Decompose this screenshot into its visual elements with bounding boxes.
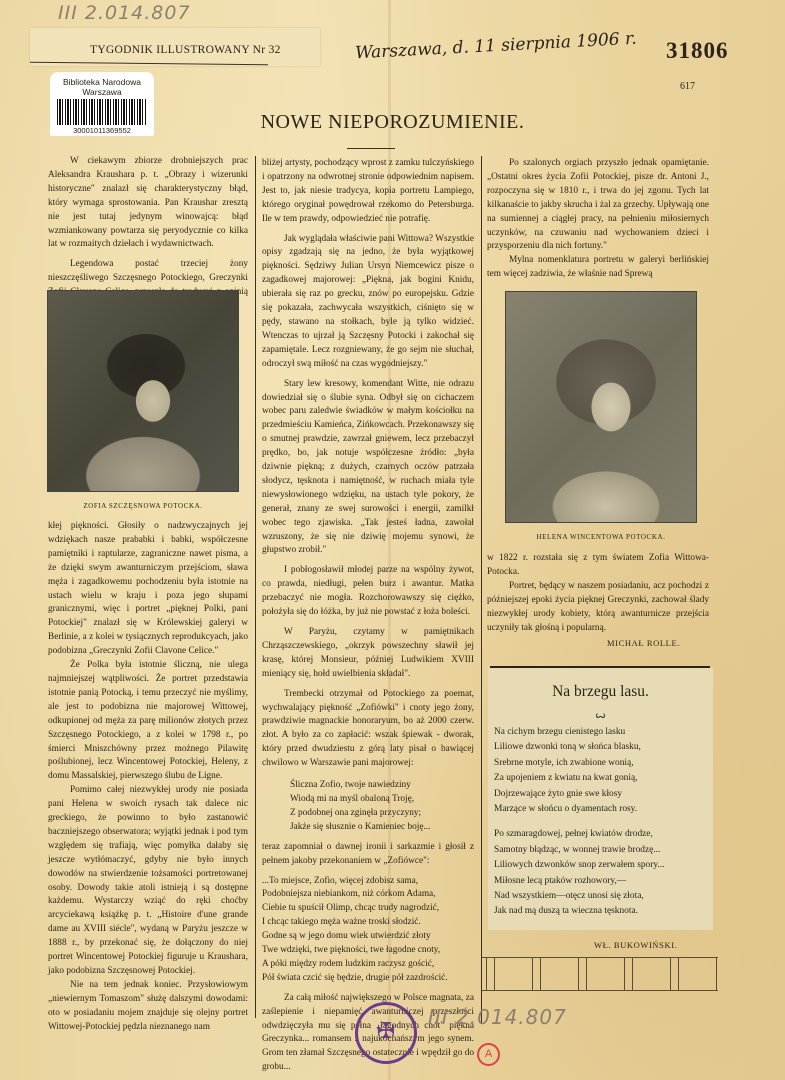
stanza-2: Po szmaragdowej, pełnej kwiatów drodze, … — [494, 827, 664, 919]
poem-line: Jak nad mą duszą ta wieczna tęsknota. — [494, 904, 664, 919]
ornament-icon: ꙍ — [488, 710, 713, 721]
article-author: MICHAŁ ROLLE. — [607, 638, 680, 648]
paragraph: bliżej artysty, pochodzący wprost z zamk… — [262, 157, 474, 227]
poem-author: WŁ. BUKOWIŃSKI. — [594, 940, 677, 950]
column-1-bottom: kłej piękności. Głosiły o nadzwyczajnych… — [48, 520, 248, 1035]
poem-line: Za upojeniem z kwiatu na kwat gonią, — [494, 771, 664, 786]
poem-line: Dojrzewające żyto gnie swe kłosy — [494, 787, 664, 802]
archive-number: 31806 — [666, 38, 729, 64]
paragraph: Stary lew kresowy, komendant Witte, nie … — [262, 378, 474, 559]
paragraph: Trembecki otrzymał od Potockiego za poem… — [262, 688, 474, 771]
paragraph: Jak wyglądała właściwie pani Wittowa? Ws… — [262, 233, 474, 372]
column-3-top: Po szalonych orgiach przyszło jednak opa… — [487, 157, 709, 282]
eagle-icon: ✠ — [358, 1005, 414, 1057]
verse-line: Pół świata czcić się będzie, drugie pół … — [262, 972, 474, 986]
column-3-bottom: w 1822 r. rozstała się z tym światem Zof… — [487, 552, 709, 635]
library-name: Biblioteka Narodowa — [63, 77, 141, 87]
article-title: NOWE NIEPOROZUMIENIE. — [0, 111, 785, 134]
paragraph: Że Polka była istotnie śliczną, nie uleg… — [48, 659, 248, 784]
paragraph: w 1822 r. rozstała się z tym światem Zof… — [487, 552, 709, 580]
poem-line: Samotny błądząc, w wonnej trawie brodzę.… — [494, 843, 664, 858]
poem-line: Liliowych dzwonków snop zerwałem spory..… — [494, 858, 664, 873]
poem-line: Miłosne lecą ptaków rozhowory,— — [494, 874, 664, 889]
poem-line: Na cichym brzegu cienistego lasku — [494, 725, 664, 740]
paragraph: Pomimo całej niezwykłej urody nie posiad… — [48, 784, 248, 979]
top-handwritten-ref: III 2.014.807 — [58, 2, 191, 24]
poem-line: Liliowe dzwonki toną w słońca blasku, — [494, 740, 664, 755]
verse-line: I chcąc takiego męża ważne troski słodzi… — [262, 916, 474, 930]
verse-line: ...To miejsce, Zofio, więcej zdobisz sam… — [262, 875, 474, 889]
paragraph: W Paryżu, czytamy w pamiętnikach Chrząsz… — [262, 626, 474, 682]
portrait-zofia-potocka — [47, 290, 239, 492]
poem-title: Na brzegu lasu. — [488, 683, 713, 701]
library-stamp: ✠ — [355, 1002, 417, 1064]
verse-line: Godne są w jego domu wiek utwierdzić zło… — [262, 930, 474, 944]
paragraph: W ciekawym zbiorze drobniejszych prac Al… — [48, 155, 248, 252]
poem-line: Nad wszystkiem—otęcz unosi się złota, — [494, 889, 664, 904]
library-city: Warszawa — [82, 87, 121, 97]
column-2: bliżej artysty, pochodzący wprost z zamk… — [262, 157, 474, 1075]
verse-line: Z podobnej ona zginęła przyczyny; — [290, 807, 474, 821]
publication-name: TYGODNIK ILLUSTROWANY Nr 32 — [90, 44, 281, 56]
page-number: 617 — [680, 81, 695, 92]
paragraph: Nie na tem jednak koniec. Przysłowiowym … — [48, 979, 248, 1035]
red-circle-mark: A — [477, 1043, 500, 1066]
poem-line: Marzące w słońcu o dyamentach rosy. — [494, 802, 664, 817]
caption-zofia: ZOFIA SZCZĘSNOWA POTOCKA. — [47, 502, 239, 510]
verse-line: A póki między rodem ludzkim raczysz gośc… — [262, 958, 474, 972]
portrait-helena-potocka — [505, 291, 697, 523]
stanza-1: Na cichym brzegu cienistego lasku Liliow… — [494, 725, 664, 817]
verse-zofiowka: ...To miejsce, Zofio, więcej zdobisz sam… — [262, 875, 474, 986]
decorative-border-ornament — [482, 957, 718, 991]
paragraph: Mylna nomenklatura portretu w galeryi be… — [487, 254, 709, 282]
poem-body: Na cichym brzegu cienistego lasku Liliow… — [494, 725, 664, 930]
paragraph: teraz zapomniał o dawnej ironii i sarkaz… — [262, 841, 474, 869]
column-divider-2 — [481, 156, 482, 1024]
verse-trembecki: Śliczna Zofio, twoje nawiedziny Wiodą mi… — [290, 779, 474, 835]
bottom-handwritten-ref: III 2.014.807 — [428, 1005, 567, 1029]
title-rule — [347, 148, 395, 149]
verse-line: Wiodą mi na myśl obaloną Troję, — [290, 793, 474, 807]
poem-line: Srebrne motyle, ich zwabione wonią, — [494, 756, 664, 771]
paragraph: Po szalonych orgiach przyszło jednak opa… — [487, 157, 709, 254]
paragraph: I pobłogosławił młodej parze na wspólny … — [262, 564, 474, 620]
verse-line: Ciebie tu spuścił Olimp, chcąc trudy nag… — [262, 902, 474, 916]
column-divider-1 — [255, 156, 256, 1018]
caption-helena: HELENA WINCENTOWA POTOCKA. — [505, 533, 697, 541]
verse-line: Podobniejsza niebiankom, niż córkom Adam… — [262, 888, 474, 902]
poem-line: Po szmaragdowej, pełnej kwiatów drodze, — [494, 827, 664, 842]
verse-line: Śliczna Zofio, twoje nawiedziny — [290, 779, 474, 793]
paragraph: kłej piękności. Głosiły o nadzwyczajnych… — [48, 520, 248, 659]
verse-line: Jakże się słusznie o Kamieniec boję... — [290, 821, 474, 835]
paragraph: Portret, będący w naszem posiadaniu, acz… — [487, 580, 709, 636]
verse-line: Twe wdzięki, twe piękności, twe łagodne … — [262, 944, 474, 958]
